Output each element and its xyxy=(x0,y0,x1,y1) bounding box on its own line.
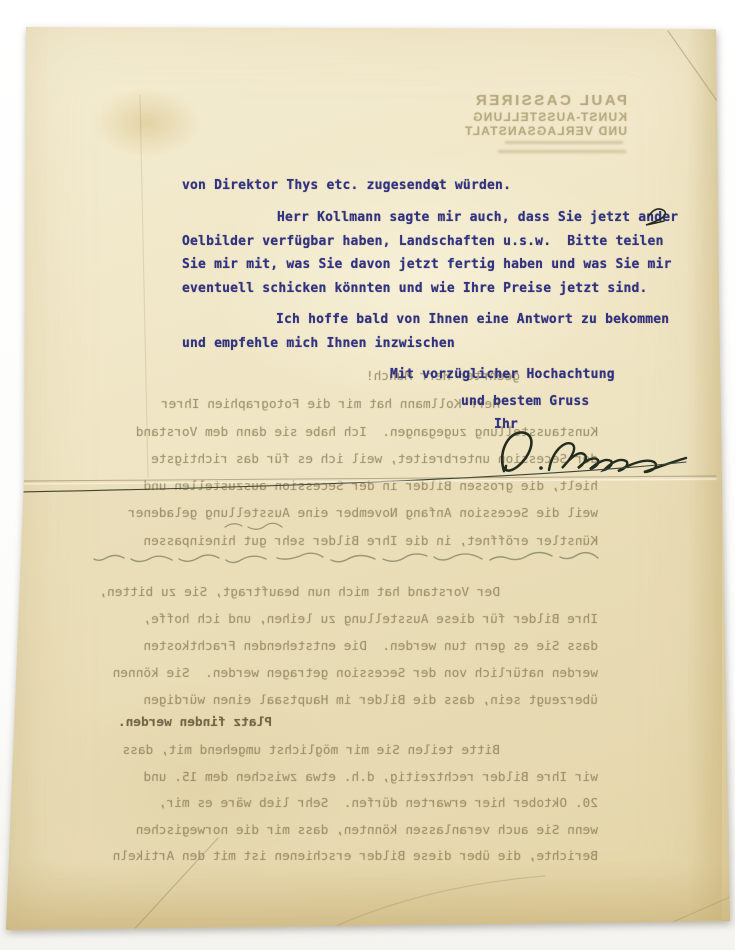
scanned-letter-photo: PAUL CASSIRERKUNST-AUSSTELLUNGUND VERLAG… xyxy=(0,0,735,950)
bottom-crease xyxy=(300,876,545,944)
crease-layer xyxy=(0,0,735,950)
bottom-crease xyxy=(118,838,218,947)
letter-paper: PAUL CASSIRERKUNST-AUSSTELLUNGUND VERLAG… xyxy=(0,0,735,950)
bottom-crease xyxy=(650,897,730,932)
corner-crease xyxy=(668,31,722,108)
paper-shadow: PAUL CASSIRERKUNST-AUSSTELLUNGUND VERLAG… xyxy=(0,0,735,950)
vertical-fold-crease xyxy=(140,95,148,477)
